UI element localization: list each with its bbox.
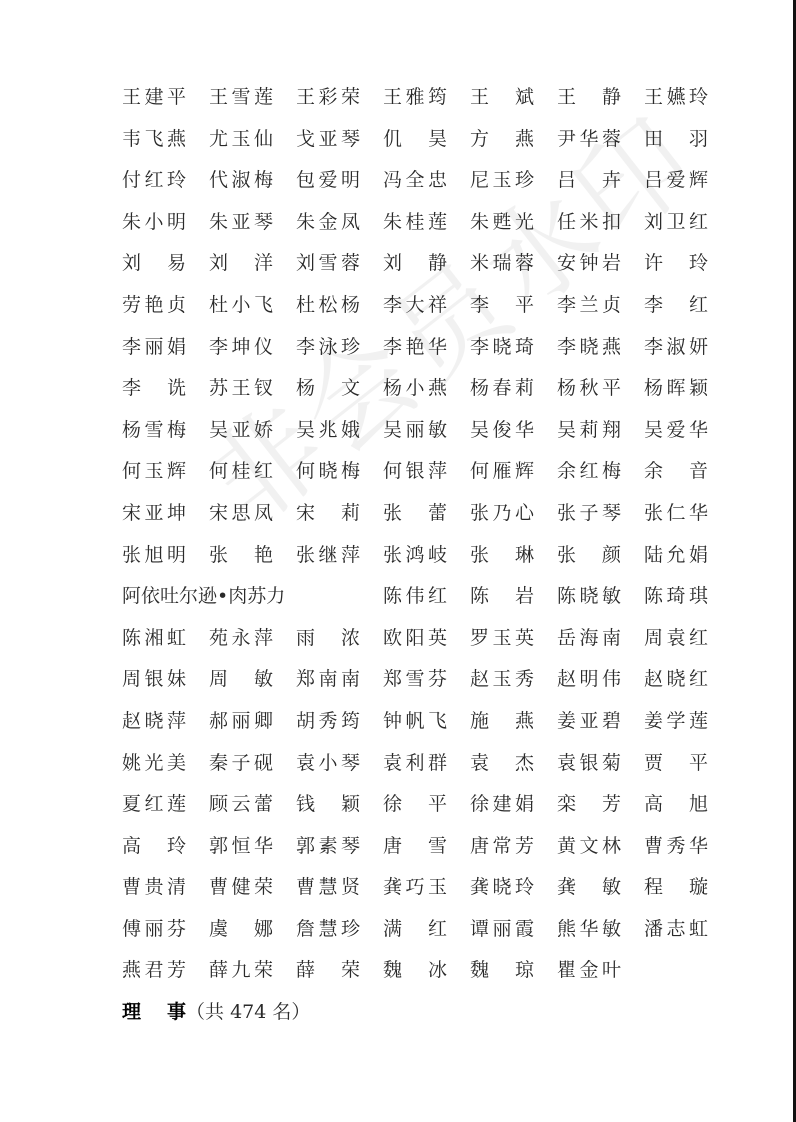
name-entry: 张颜 — [557, 540, 621, 570]
name-entry: 张鸿岐 — [383, 540, 447, 570]
name-entry: 罗玉英 — [470, 623, 534, 653]
name-entry: 张乃心 — [470, 498, 534, 528]
name-entry: 顾云蕾 — [209, 789, 273, 819]
name-entry: 朱小明 — [122, 207, 186, 237]
name-entry: 贾平 — [644, 748, 708, 778]
name-entry: 包爱明 — [296, 165, 360, 195]
name-entry: 熊华敏 — [557, 914, 621, 944]
name-entry: 李诜 — [122, 373, 186, 403]
name-entry: 王彩荣 — [296, 82, 360, 112]
name-entry: 郭素琴 — [296, 831, 360, 861]
name-entry: 岳海南 — [557, 623, 621, 653]
name-entry: 李淑妍 — [644, 332, 708, 362]
name-entry: 刘卫红 — [644, 207, 708, 237]
name-entry: 高玲 — [122, 831, 186, 861]
name-entry: 王建平 — [122, 82, 186, 112]
name-entry: 张旭明 — [122, 540, 186, 570]
name-row: 杨雪梅吴亚娇吴兆娥吴丽敏吴俊华吴莉翔吴爱华 — [122, 415, 722, 457]
name-entry: 劳艳贞 — [122, 290, 186, 320]
name-entry: 燕君芳 — [122, 955, 186, 985]
name-entry: 李丽娟 — [122, 332, 186, 362]
heading-count-note: （共 474 名） — [186, 1001, 310, 1023]
name-row: 何玉辉何桂红何晓梅何银萍何雁辉余红梅余音 — [122, 456, 722, 498]
name-entry: 吕爱辉 — [644, 165, 708, 195]
name-entry: 杨雪梅 — [122, 415, 186, 445]
name-entry: 何银萍 — [383, 456, 447, 486]
name-entry: 秦子砚 — [209, 748, 273, 778]
name-entry: 胡秀筠 — [296, 706, 360, 736]
name-entry: 杨秋平 — [557, 373, 621, 403]
name-entry: 付红玲 — [122, 165, 186, 195]
name-entry: 徐平 — [383, 789, 447, 819]
name-entry: 任米扣 — [557, 207, 621, 237]
name-row: 朱小明朱亚琴朱金凤朱桂莲朱甦光任米扣刘卫红 — [122, 207, 722, 249]
name-entry: 姜亚碧 — [557, 706, 621, 736]
name-entry: 赵晓红 — [644, 664, 708, 694]
name-entry: 张仁华 — [644, 498, 708, 528]
name-entry: 赵明伟 — [557, 664, 621, 694]
name-entry: 吴兆娥 — [296, 415, 360, 445]
name-entry: 李平 — [470, 290, 534, 320]
name-entry: 朱桂莲 — [383, 207, 447, 237]
name-entry: 黄文林 — [557, 831, 621, 861]
name-entry: 陈琦琪 — [644, 581, 708, 611]
name-row: 张旭明张艳张继萍张鸿岐张琳张颜陆允娟 — [122, 540, 722, 582]
name-row: 李丽娟李坤仪李泳珍李艳华李晓琦李晓燕李淑妍 — [122, 332, 722, 374]
name-entry: 宋亚坤 — [122, 498, 186, 528]
name-entry: 吕卉 — [557, 165, 621, 195]
name-row: 韦飞燕尤玉仙戈亚琴仉昊方燕尹华蓉田羽 — [122, 124, 722, 166]
name-entry: 赵晓萍 — [122, 706, 186, 736]
name-entry: 郑南南 — [296, 664, 360, 694]
name-entry: 尼玉珍 — [470, 165, 534, 195]
name-entry: 何雁辉 — [470, 456, 534, 486]
name-entry: 尤玉仙 — [209, 124, 273, 154]
name-entry: 潘志虹 — [644, 914, 708, 944]
name-entry: 夏红莲 — [122, 789, 186, 819]
name-entry: 李晓琦 — [470, 332, 534, 362]
name-entry: 陆允娟 — [644, 540, 708, 570]
name-entry: 代淑梅 — [209, 165, 273, 195]
name-entry: 冯全忠 — [383, 165, 447, 195]
name-entry: 吴莉翔 — [557, 415, 621, 445]
name-entry: 朱亚琴 — [209, 207, 273, 237]
name-row: 刘易刘洋刘雪蓉刘静米瑞蓉安钟岩许玲 — [122, 248, 722, 290]
name-entry: 王斌 — [470, 82, 534, 112]
name-entry: 何桂红 — [209, 456, 273, 486]
name-entry: 余红梅 — [557, 456, 621, 486]
name-entry: 阿依吐尔逊•肉苏力 — [122, 581, 302, 611]
name-row: 燕君芳薛九荣薛荣魏冰魏琼瞿金叶 — [122, 955, 722, 997]
name-entry: 吴俊华 — [470, 415, 534, 445]
name-entry: 魏琼 — [470, 955, 534, 985]
name-entry: 余音 — [644, 456, 708, 486]
name-entry: 程璇 — [644, 872, 708, 902]
name-entry: 李兰贞 — [557, 290, 621, 320]
name-entry: 袁银菊 — [557, 748, 621, 778]
name-entry: 王嬿玲 — [644, 82, 708, 112]
name-row: 宋亚坤宋思凤宋莉张蕾张乃心张子琴张仁华 — [122, 498, 722, 540]
name-entry: 陈晓敏 — [557, 581, 621, 611]
name-entry: 仉昊 — [383, 124, 447, 154]
name-entry: 杨晖颖 — [644, 373, 708, 403]
name-entry: 龚巧玉 — [383, 872, 447, 902]
name-entry: 唐雪 — [383, 831, 447, 861]
name-entry: 杜松杨 — [296, 290, 360, 320]
name-row: 李诜苏王钗杨文杨小燕杨春莉杨秋平杨晖颖 — [122, 373, 722, 415]
name-entry: 施燕 — [470, 706, 534, 736]
name-entry: 吴爱华 — [644, 415, 708, 445]
name-entry: 傅丽芬 — [122, 914, 186, 944]
name-entry: 杨春莉 — [470, 373, 534, 403]
name-row: 傅丽芬虞娜詹慧珍满红谭丽霞熊华敏潘志虹 — [122, 914, 722, 956]
name-entry: 高旭 — [644, 789, 708, 819]
name-entry: 雨浓 — [296, 623, 360, 653]
name-entry: 钟帆飞 — [383, 706, 447, 736]
name-entry: 栾芳 — [557, 789, 621, 819]
name-row: 阿依吐尔逊•肉苏力陈伟红陈岩陈晓敏陈琦琪 — [122, 581, 722, 623]
name-entry: 刘雪蓉 — [296, 248, 360, 278]
name-entry: 魏冰 — [383, 955, 447, 985]
name-entry: 周敏 — [209, 664, 273, 694]
name-row: 夏红莲顾云蕾钱颖徐平徐建娟栾芳高旭 — [122, 789, 722, 831]
name-row: 陈湘虹苑永萍雨浓欧阳英罗玉英岳海南周袁红 — [122, 623, 722, 665]
name-row: 周银妹周敏郑南南郑雪芬赵玉秀赵明伟赵晓红 — [122, 664, 722, 706]
name-entry: 陈伟红 — [383, 581, 447, 611]
name-entry: 吴亚娇 — [209, 415, 273, 445]
name-entry: 李泳珍 — [296, 332, 360, 362]
name-entry: 曹秀华 — [644, 831, 708, 861]
name-entry: 李晓燕 — [557, 332, 621, 362]
name-row: 付红玲代淑梅包爱明冯全忠尼玉珍吕卉吕爱辉 — [122, 165, 722, 207]
name-entry: 周袁红 — [644, 623, 708, 653]
name-entry: 苑永萍 — [209, 623, 273, 653]
name-entry: 李红 — [644, 290, 708, 320]
name-entry: 杨小燕 — [383, 373, 447, 403]
name-entry: 曹贵清 — [122, 872, 186, 902]
name-entry: 周银妹 — [122, 664, 186, 694]
name-entry: 郑雪芬 — [383, 664, 447, 694]
name-entry: 陈湘虹 — [122, 623, 186, 653]
name-entry: 薛九荣 — [209, 955, 273, 985]
name-row: 赵晓萍郝丽卿胡秀筠钟帆飞施燕姜亚碧姜学莲 — [122, 706, 722, 748]
name-entry: 米瑞蓉 — [470, 248, 534, 278]
name-entry: 宋莉 — [296, 498, 360, 528]
name-entry: 刘洋 — [209, 248, 273, 278]
section-heading: 理事（共 474 名） — [122, 997, 310, 1027]
name-entry: 郭恒华 — [209, 831, 273, 861]
name-entry: 徐建娟 — [470, 789, 534, 819]
document-page: 非会员水印 王建平王雪莲王彩荣王雅筠王斌王静王嬿玲韦飞燕尤玉仙戈亚琴仉昊方燕尹华… — [0, 0, 793, 1122]
name-entry: 韦飞燕 — [122, 124, 186, 154]
name-entry: 郝丽卿 — [209, 706, 273, 736]
name-entry: 欧阳英 — [383, 623, 447, 653]
name-entry: 王雪莲 — [209, 82, 273, 112]
name-entry: 戈亚琴 — [296, 124, 360, 154]
name-entry: 唐常芳 — [470, 831, 534, 861]
name-row: 劳艳贞杜小飞杜松杨李大祥李平李兰贞李红 — [122, 290, 722, 332]
name-entry: 袁利群 — [383, 748, 447, 778]
name-entry: 田羽 — [644, 124, 708, 154]
name-entry: 王静 — [557, 82, 621, 112]
name-entry: 杜小飞 — [209, 290, 273, 320]
name-entry: 苏王钗 — [209, 373, 273, 403]
name-entry: 李艳华 — [383, 332, 447, 362]
name-entry: 张琳 — [470, 540, 534, 570]
name-entry: 杨文 — [296, 373, 360, 403]
name-entry: 尹华蓉 — [557, 124, 621, 154]
name-entry: 虞娜 — [209, 914, 273, 944]
name-entry: 张继萍 — [296, 540, 360, 570]
name-entry: 龚敏 — [557, 872, 621, 902]
name-entry: 钱颖 — [296, 789, 360, 819]
name-entry: 詹慧珍 — [296, 914, 360, 944]
name-entry: 刘静 — [383, 248, 447, 278]
name-entry: 袁小琴 — [296, 748, 360, 778]
name-entry: 安钟岩 — [557, 248, 621, 278]
name-entry: 朱金凤 — [296, 207, 360, 237]
name-row: 姚光美秦子砚袁小琴袁利群袁杰袁银菊贾平 — [122, 748, 722, 790]
heading-title-char-1: 理 — [122, 1001, 141, 1023]
name-entry: 张子琴 — [557, 498, 621, 528]
name-entry: 朱甦光 — [470, 207, 534, 237]
name-entry: 何晓梅 — [296, 456, 360, 486]
name-entry: 曹慧贤 — [296, 872, 360, 902]
name-entry: 刘易 — [122, 248, 186, 278]
heading-title-char-2: 事 — [167, 1001, 186, 1023]
name-entry: 陈岩 — [470, 581, 534, 611]
name-entry: 赵玉秀 — [470, 664, 534, 694]
name-row: 曹贵清曹健荣曹慧贤龚巧玉龚晓玲龚敏程璇 — [122, 872, 722, 914]
name-entry: 龚晓玲 — [470, 872, 534, 902]
name-entry: 瞿金叶 — [557, 955, 621, 985]
name-entry: 何玉辉 — [122, 456, 186, 486]
name-row: 高玲郭恒华郭素琴唐雪唐常芳黄文林曹秀华 — [122, 831, 722, 873]
name-entry: 姜学莲 — [644, 706, 708, 736]
name-entry: 李坤仪 — [209, 332, 273, 362]
name-entry: 满红 — [383, 914, 447, 944]
name-entry: 许玲 — [644, 248, 708, 278]
name-entry: 吴丽敏 — [383, 415, 447, 445]
name-entry: 姚光美 — [122, 748, 186, 778]
name-entry: 李大祥 — [383, 290, 447, 320]
name-row: 王建平王雪莲王彩荣王雅筠王斌王静王嬿玲 — [122, 82, 722, 124]
name-entry: 方燕 — [470, 124, 534, 154]
name-entry: 曹健荣 — [209, 872, 273, 902]
name-entry: 张艳 — [209, 540, 273, 570]
name-list: 王建平王雪莲王彩荣王雅筠王斌王静王嬿玲韦飞燕尤玉仙戈亚琴仉昊方燕尹华蓉田羽付红玲… — [122, 82, 722, 997]
name-entry: 张蕾 — [383, 498, 447, 528]
name-entry: 袁杰 — [470, 748, 534, 778]
name-entry: 王雅筠 — [383, 82, 447, 112]
name-entry: 薛荣 — [296, 955, 360, 985]
name-entry: 谭丽霞 — [470, 914, 534, 944]
name-entry: 宋思凤 — [209, 498, 273, 528]
